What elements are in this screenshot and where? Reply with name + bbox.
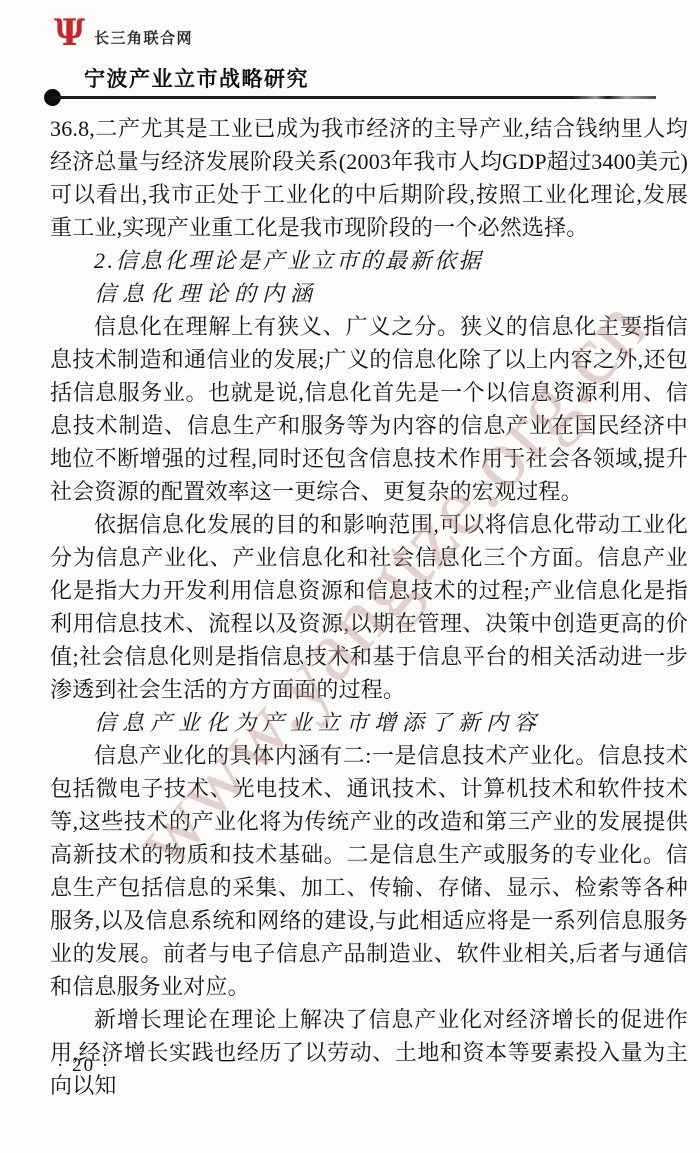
psi-logo-icon: Ψ (54, 15, 85, 52)
body-paragraph-continuation: 36.8,二产尤其是工业已成为我市经济的主导产业,结合钱纳里人均经济总量与经济发… (50, 112, 688, 244)
document-body: 36.8,二产尤其是工业已成为我市经济的主导产业,结合钱纳里人均经济总量与经济发… (50, 112, 688, 1102)
site-logo: Ψ 长三角联合网 (54, 16, 193, 50)
document-title: 宁波产业立市战略研究 (84, 63, 309, 93)
body-paragraph: 依据信息化发展的目的和影响范围,可以将信息化带动工业化分为信息产业化、产业信息化… (50, 508, 688, 706)
header-rule (53, 96, 656, 99)
subheading-new-content: 信息产业化为产业立市增添了新内容 (50, 706, 688, 739)
body-paragraph: 信息产业化的具体内涵有二:一是信息技术产业化。信息技术包括微电子技术、光电技术、… (50, 739, 688, 1003)
body-paragraph: 新增长理论在理论上解决了信息产业化对经济增长的促进作用,经济增长实践也经历了以劳… (50, 1003, 688, 1102)
body-paragraph: 信息化在理解上有狭义、广义之分。狭义的信息化主要指信息技术制造和通信业的发展;广… (50, 310, 688, 508)
site-name: 长三角联合网 (94, 27, 193, 48)
scanned-document-page: www.yangtze.org.cn Ψ 长三角联合网 宁波产业立市战略研究 3… (0, 0, 700, 1153)
subheading-connotation: 信息化理论的内涵 (50, 277, 688, 310)
numbered-heading: 2.信息化理论是产业立市的最新依据 (50, 244, 688, 277)
